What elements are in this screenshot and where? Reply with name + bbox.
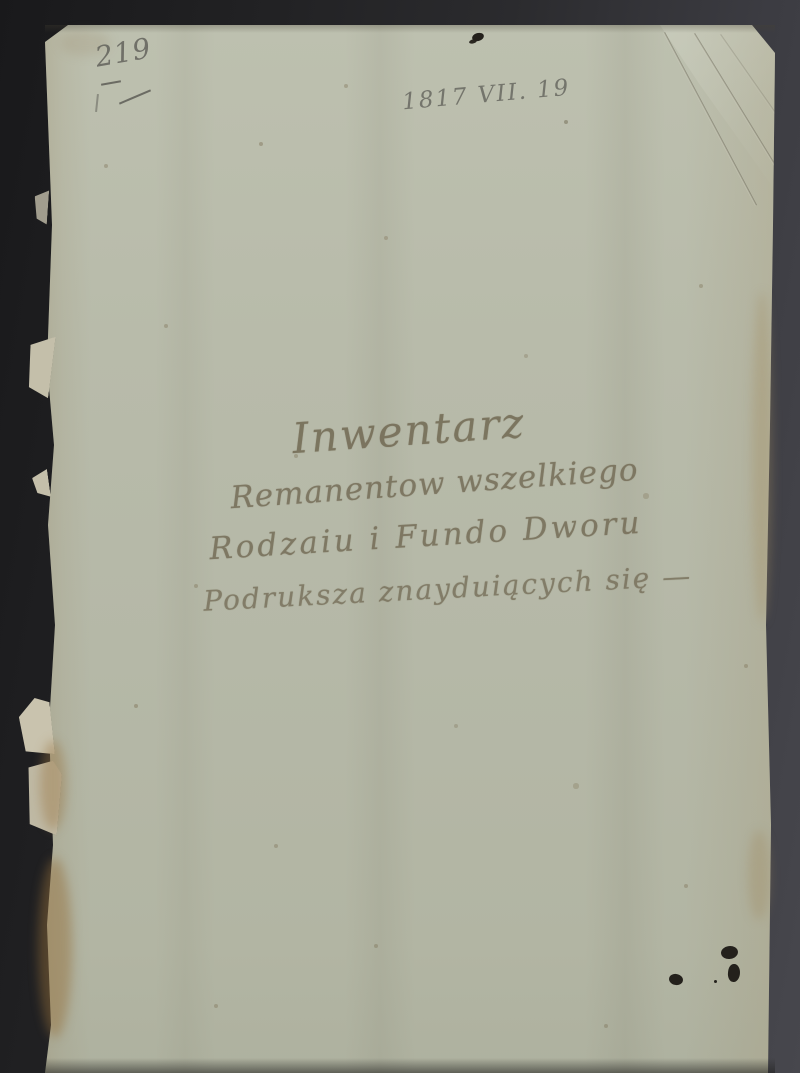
binding-stain [40, 740, 66, 830]
corner-fold [660, 25, 775, 215]
page-top-shade [45, 25, 775, 33]
ink-blot [714, 980, 717, 983]
archive-scan: 219 1817 VII. 19 Inwentarz Remanentow ws… [0, 0, 800, 1073]
page-bottom-shadow [45, 1058, 775, 1073]
edge-stain [752, 292, 772, 622]
paper-fold-band [585, 25, 665, 1073]
torn-edge-tab [33, 190, 49, 225]
binding-stain [38, 858, 72, 1038]
torn-edge-tab [31, 469, 51, 499]
edge-stain [748, 830, 770, 920]
paper-fold-band [155, 25, 215, 1073]
